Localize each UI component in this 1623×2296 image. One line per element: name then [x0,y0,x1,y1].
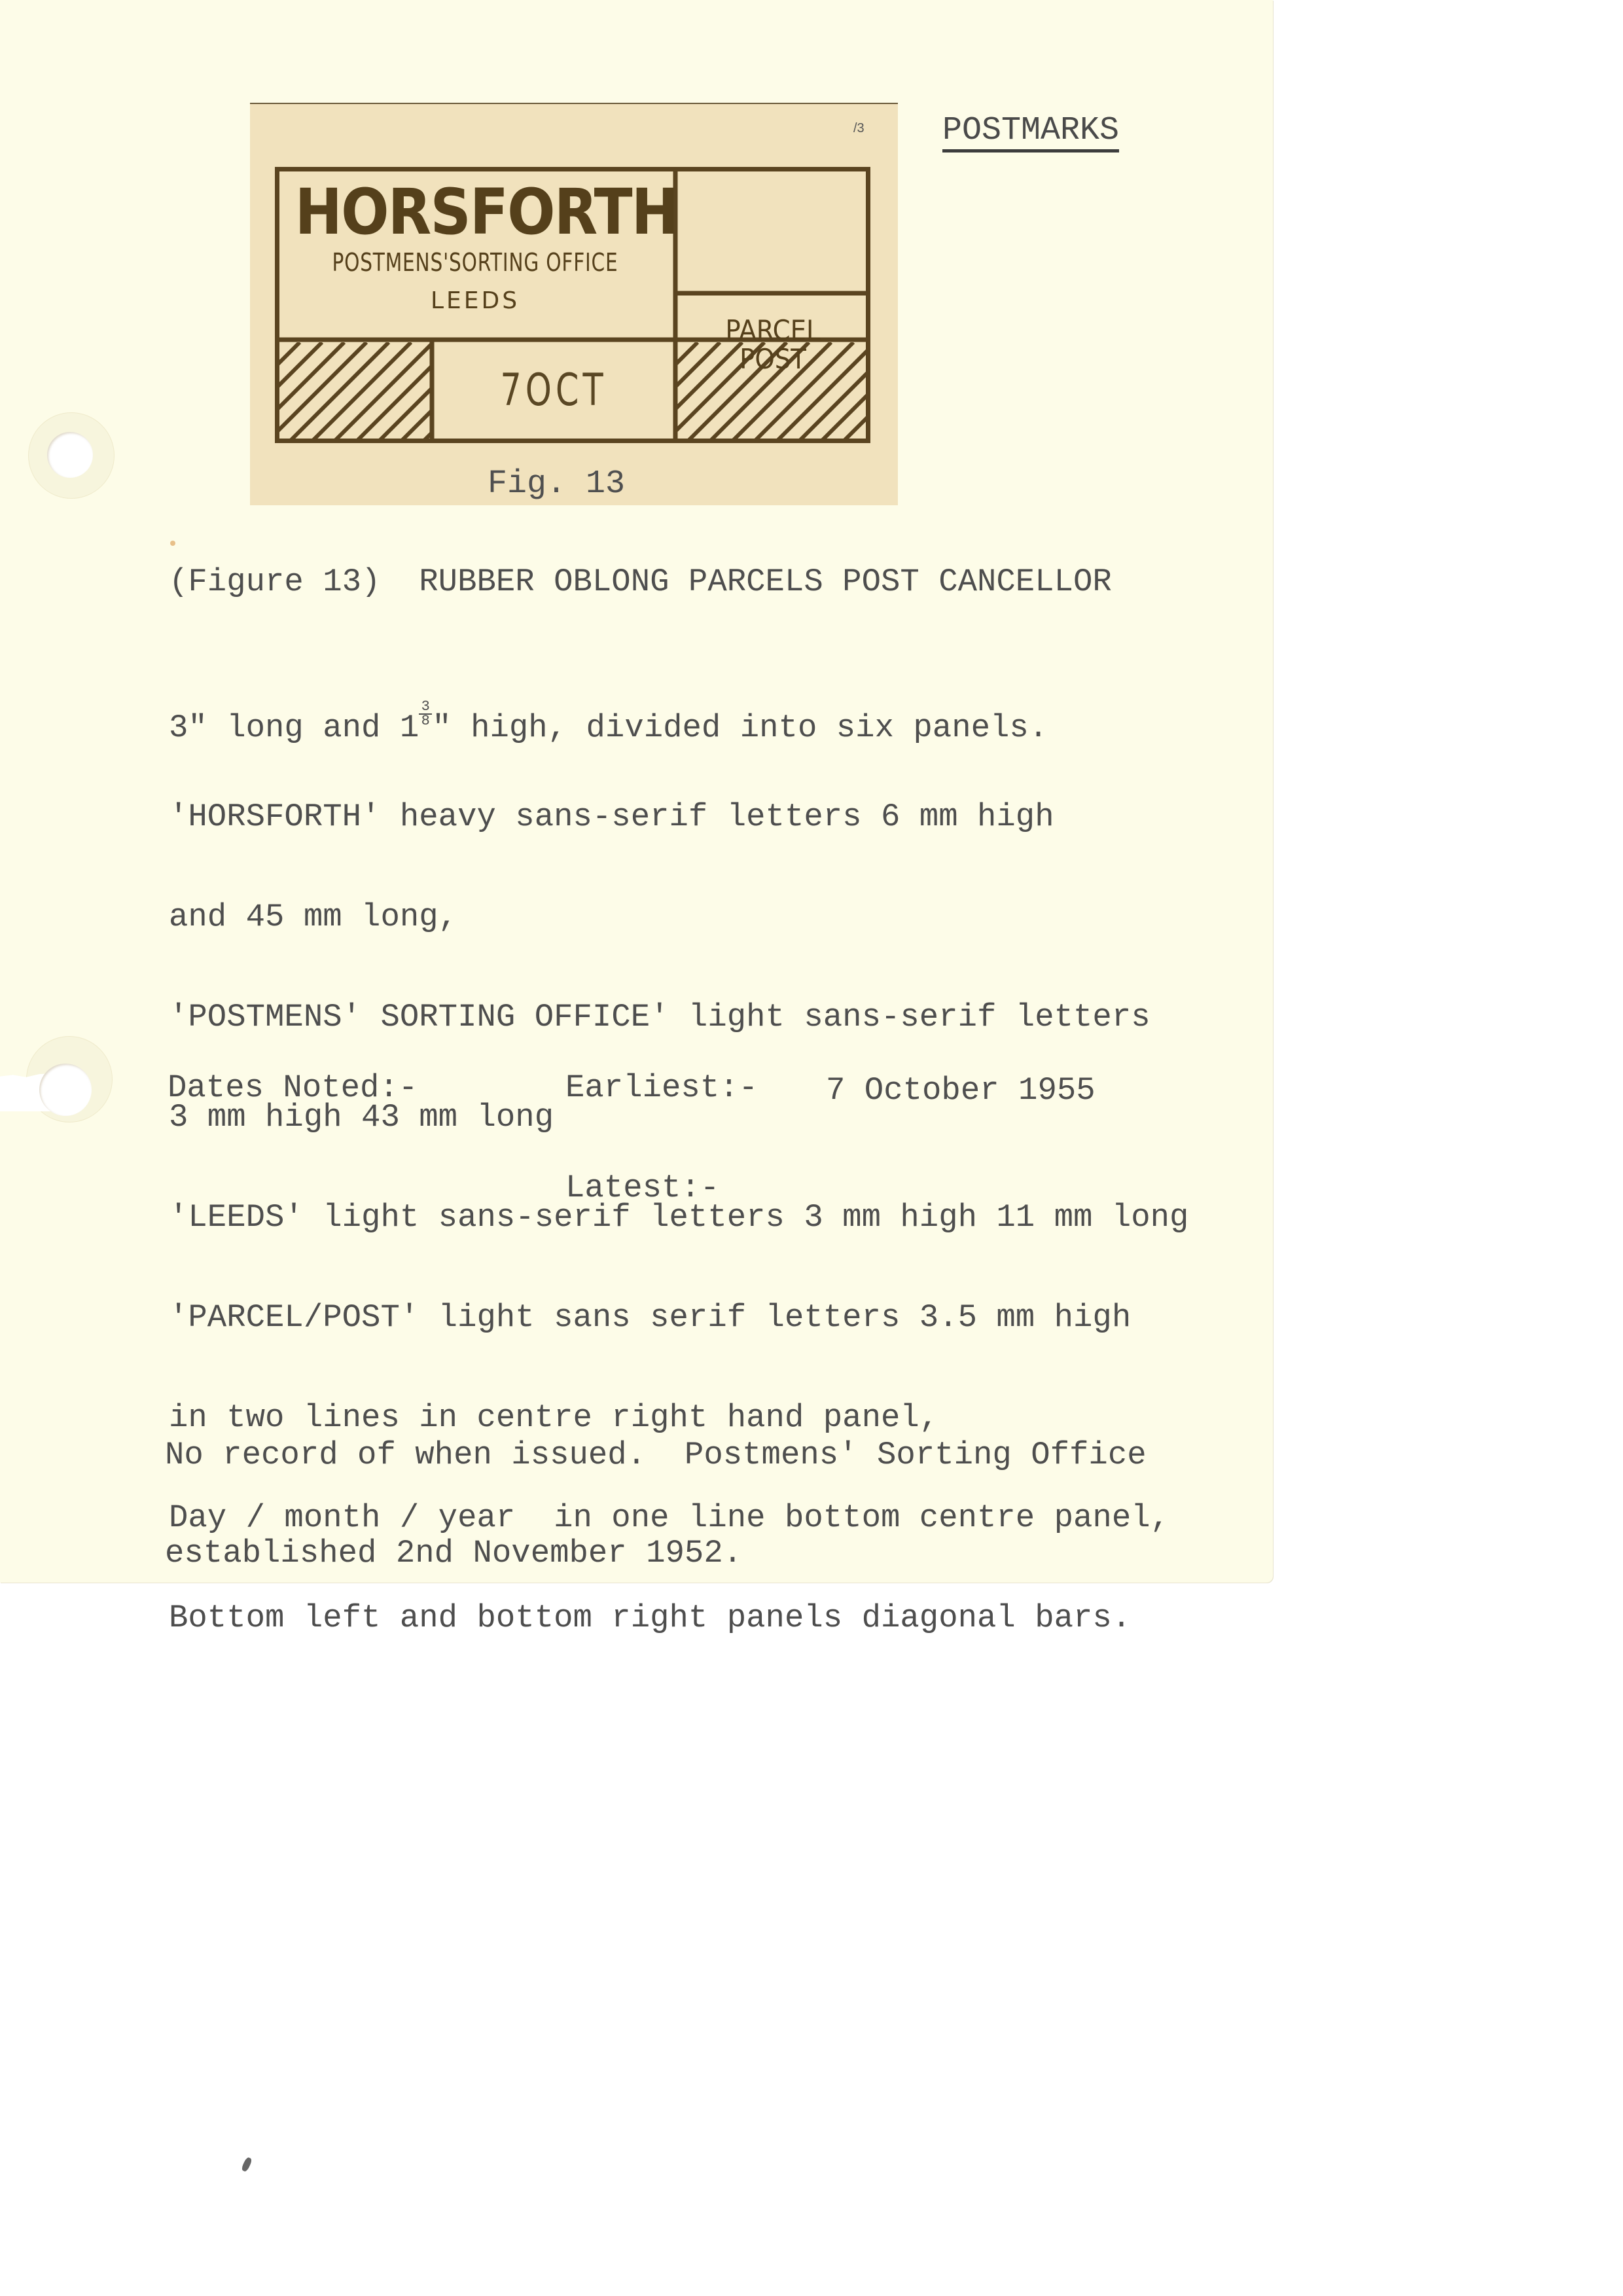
document-page: POSTMARKS /3 [0,0,1273,1583]
description-line: 'POSTMENS' SORTING OFFICE' light sans-se… [169,1001,1188,1034]
description-title: (Figure 13) RUBBER OBLONG PARCELS POST C… [169,565,1112,599]
card-number: /3 [853,121,865,136]
postmark-stamp: HORSFORTH POSTMENS'SORTING OFFICE LEEDS … [275,167,870,443]
postmark-card: /3 [250,103,898,505]
stamp-city-name: LEEDS [275,287,675,315]
dates-noted-label: Dates Noted:- [168,1071,418,1105]
stamp-town-name: HORSFORTH [295,176,656,248]
figure-caption: Fig. 13 [488,466,625,503]
size-text-start: 3" long and 1 [169,709,419,746]
stamp-parcel-label: PARCEL [683,315,863,346]
latest-label: Latest:- [565,1172,719,1205]
notes-block: No record of when issued. Postmens' Sort… [165,1372,1147,1637]
dust-speck [241,2157,253,2172]
description-size-line: 3" long and 138" high, divided into six … [169,700,1188,734]
description-line: 'PARCEL/POST' light sans serif letters 3… [169,1301,1188,1335]
description-line: 'HORSFORTH' heavy sans-serif letters 6 m… [169,800,1188,834]
fraction-denominator: 8 [419,715,432,728]
stamp-office-name: POSTMENS'SORTING OFFICE [319,248,631,277]
notes-line: established 2nd November 1952. [165,1537,1147,1570]
stamp-post-label: POST [683,344,863,375]
ink-speck [170,541,175,546]
description-line: and 45 mm long, [169,901,1188,934]
stamp-date: 7OCT [463,365,645,417]
punch-hole-bottom [39,1064,92,1116]
section-heading: POSTMARKS [942,113,1119,152]
notes-line: No record of when issued. Postmens' Sort… [165,1439,1147,1472]
earliest-label: Earliest:- [565,1071,758,1105]
size-fraction: 38 [419,700,432,728]
size-text-end: " high, divided into six panels. [432,709,1048,746]
earliest-date-value: 7 October 1955 [826,1074,1096,1107]
punch-hole-top [47,432,93,478]
